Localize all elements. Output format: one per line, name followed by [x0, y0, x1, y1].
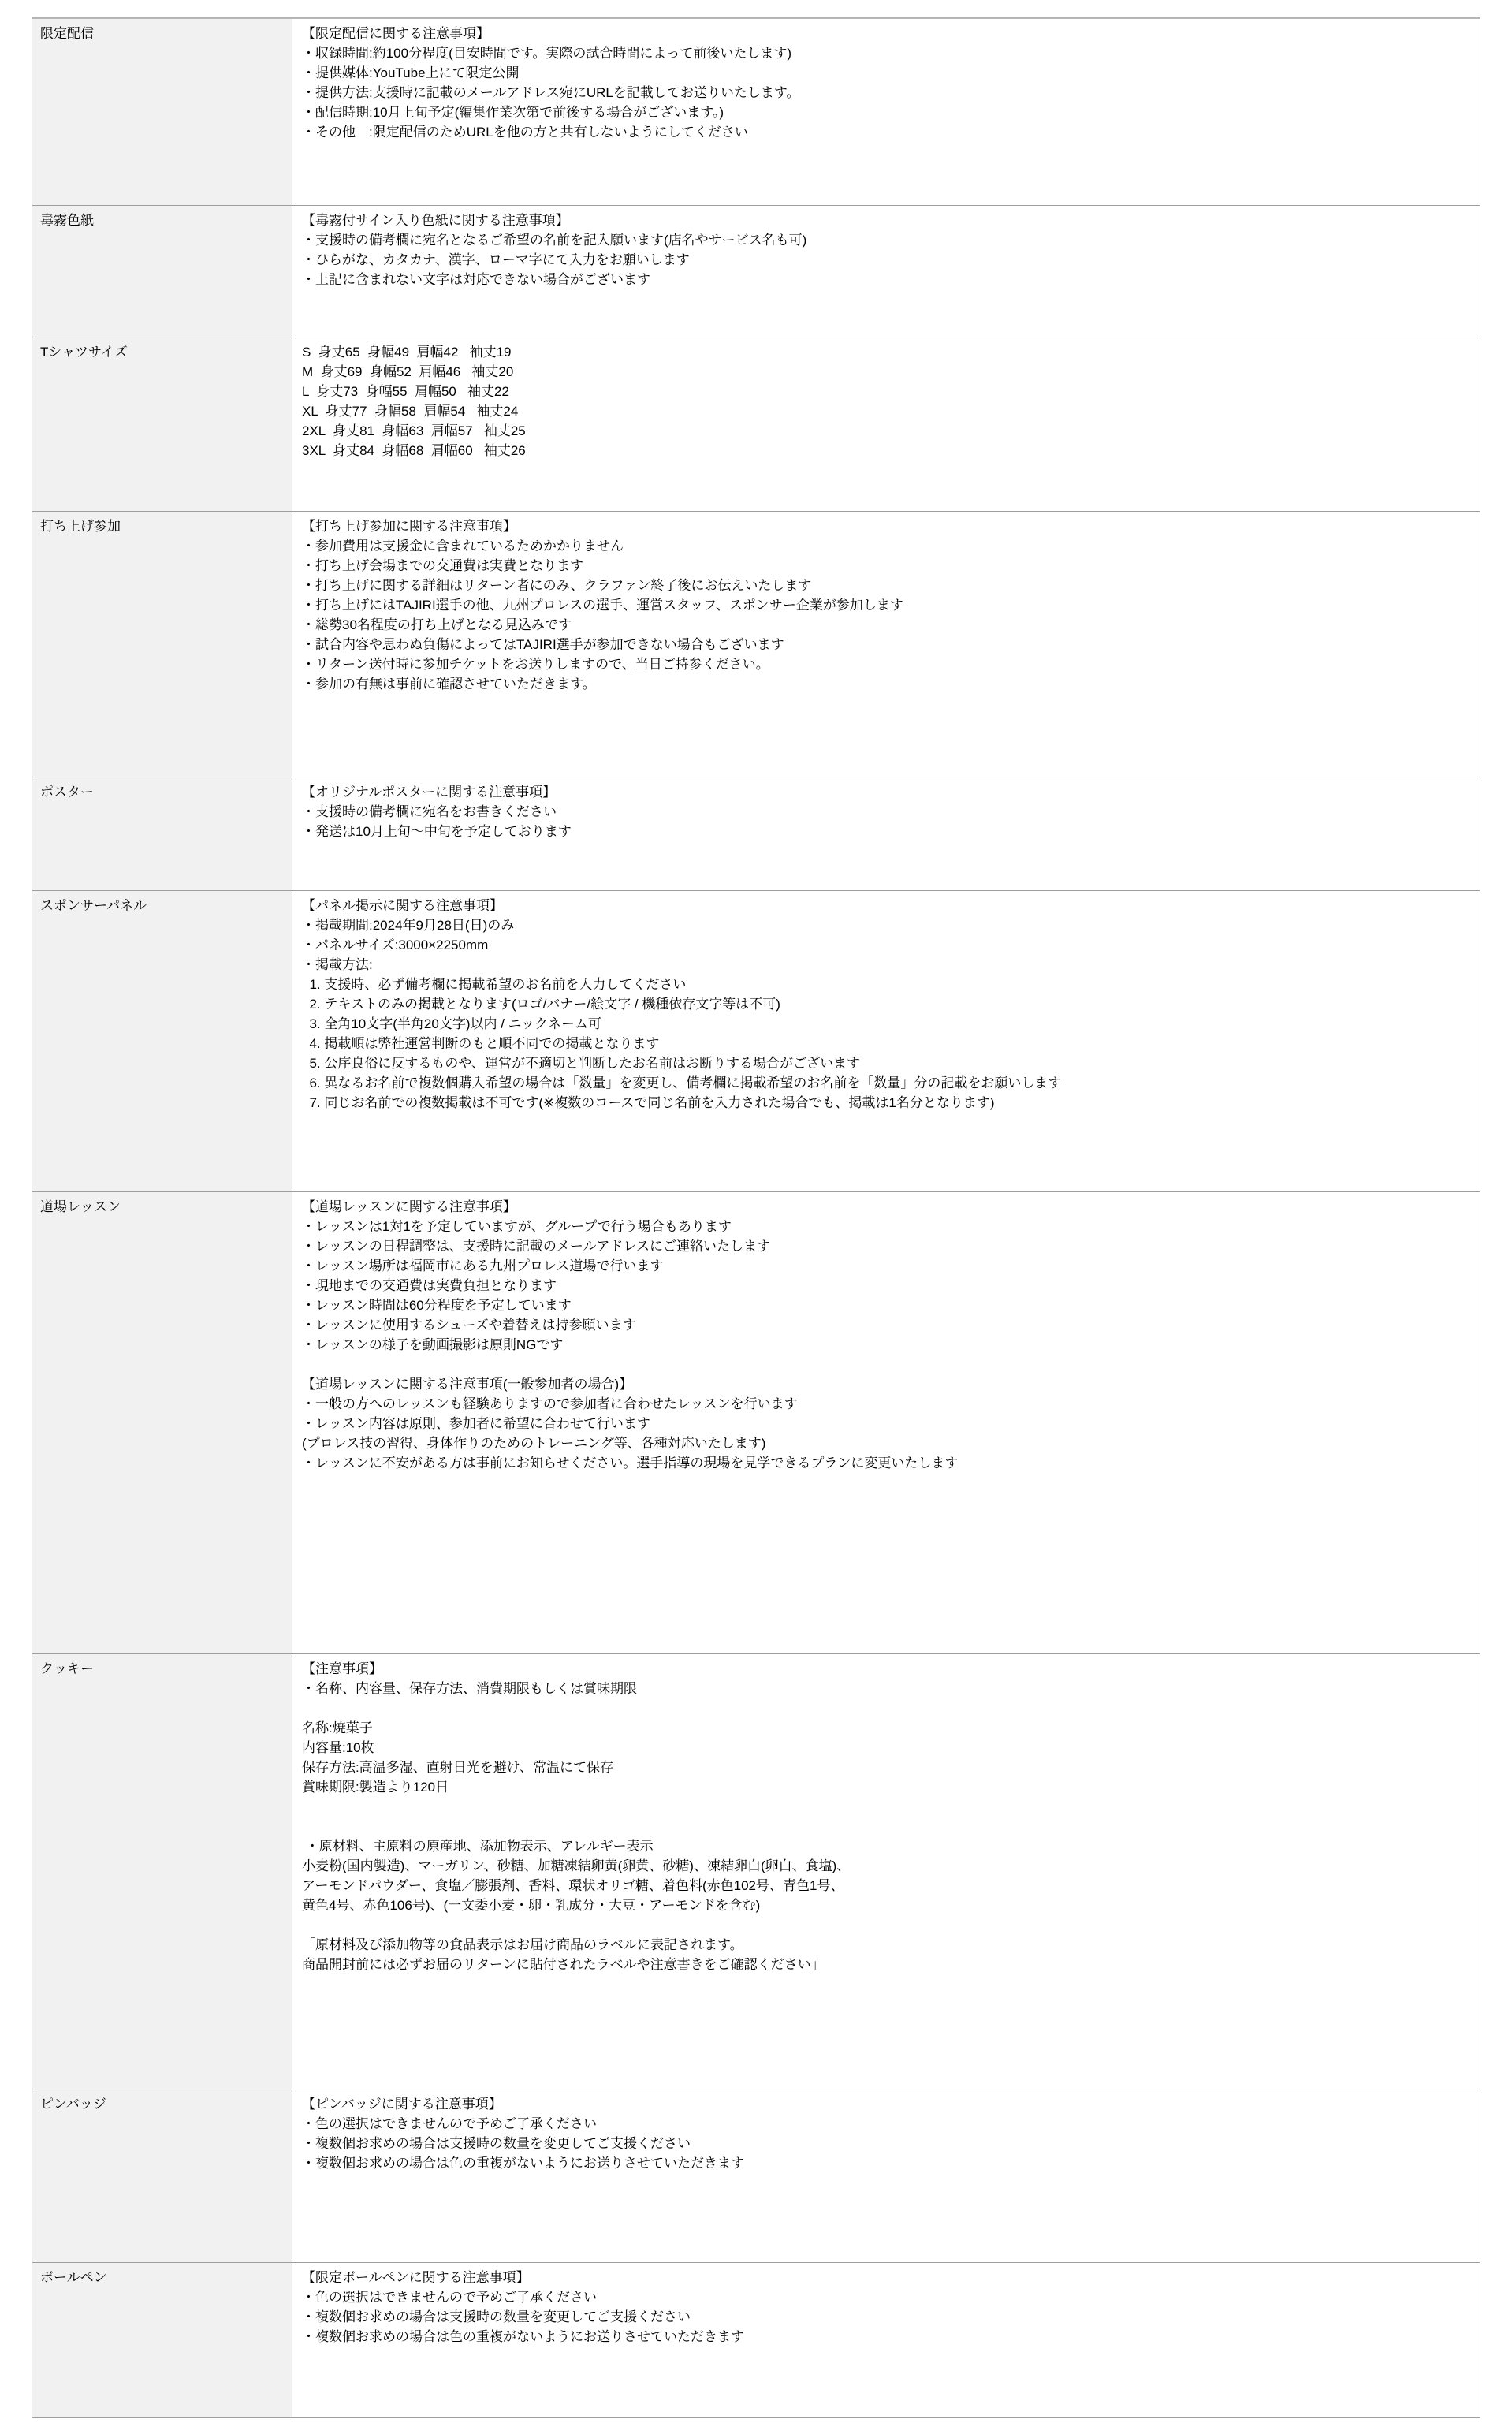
table-row: 限定配信【限定配信に関する注意事項】 ・収録時間:約100分程度(目安時間です。…: [32, 19, 1480, 206]
row-label: ポスター: [32, 777, 292, 890]
row-label: 限定配信: [32, 19, 292, 205]
row-label: 打ち上げ参加: [32, 512, 292, 777]
notes-table: 限定配信【限定配信に関する注意事項】 ・収録時間:約100分程度(目安時間です。…: [32, 17, 1480, 2418]
row-label: ピンバッジ: [32, 2089, 292, 2262]
row-content: 【打ち上げ参加に関する注意事項】 ・参加費用は支援金に含まれているためかかりませ…: [292, 512, 1480, 777]
row-content: 【限定配信に関する注意事項】 ・収録時間:約100分程度(目安時間です。実際の試…: [292, 19, 1480, 205]
row-content: 【限定ボールペンに関する注意事項】 ・色の選択はできませんので予めご了承ください…: [292, 2263, 1480, 2417]
table-row: TシャツサイズS 身丈65 身幅49 肩幅42 袖丈19 M 身丈69 身幅52…: [32, 337, 1480, 512]
table-row: 毒霧色紙【毒霧付サイン入り色紙に関する注意事項】 ・支援時の備考欄に宛名となるご…: [32, 206, 1480, 337]
table-row: ピンバッジ【ピンバッジに関する注意事項】 ・色の選択はできませんので予めご了承く…: [32, 2089, 1480, 2263]
table-row: ポスター【オリジナルポスターに関する注意事項】 ・支援時の備考欄に宛名をお書きく…: [32, 777, 1480, 891]
row-content: 【パネル掲示に関する注意事項】 ・掲載期間:2024年9月28日(日)のみ ・パ…: [292, 891, 1480, 1191]
row-label: クッキー: [32, 1654, 292, 2089]
table-row: スポンサーパネル【パネル掲示に関する注意事項】 ・掲載期間:2024年9月28日…: [32, 891, 1480, 1192]
row-content: 【毒霧付サイン入り色紙に関する注意事項】 ・支援時の備考欄に宛名となるご希望の名…: [292, 206, 1480, 337]
row-content: S 身丈65 身幅49 肩幅42 袖丈19 M 身丈69 身幅52 肩幅46 袖…: [292, 337, 1480, 511]
row-content: 【道場レッスンに関する注意事項】 ・レッスンは1対1を予定していますが、グループ…: [292, 1192, 1480, 1653]
row-label: Tシャツサイズ: [32, 337, 292, 511]
row-content: 【ピンバッジに関する注意事項】 ・色の選択はできませんので予めご了承ください ・…: [292, 2089, 1480, 2262]
row-label: 毒霧色紙: [32, 206, 292, 337]
row-content: 【注意事項】 ・名称、内容量、保存方法、消費期限もしくは賞味期限 名称:焼菓子 …: [292, 1654, 1480, 2089]
row-content: 【オリジナルポスターに関する注意事項】 ・支援時の備考欄に宛名をお書きください …: [292, 777, 1480, 890]
table-row: ボールペン【限定ボールペンに関する注意事項】 ・色の選択はできませんので予めご了…: [32, 2263, 1480, 2417]
table-row: クッキー【注意事項】 ・名称、内容量、保存方法、消費期限もしくは賞味期限 名称:…: [32, 1654, 1480, 2089]
row-label: 道場レッスン: [32, 1192, 292, 1653]
table-row: 道場レッスン【道場レッスンに関する注意事項】 ・レッスンは1対1を予定しています…: [32, 1192, 1480, 1654]
row-label: ボールペン: [32, 2263, 292, 2417]
table-row: 打ち上げ参加【打ち上げ参加に関する注意事項】 ・参加費用は支援金に含まれているた…: [32, 512, 1480, 777]
row-label: スポンサーパネル: [32, 891, 292, 1191]
